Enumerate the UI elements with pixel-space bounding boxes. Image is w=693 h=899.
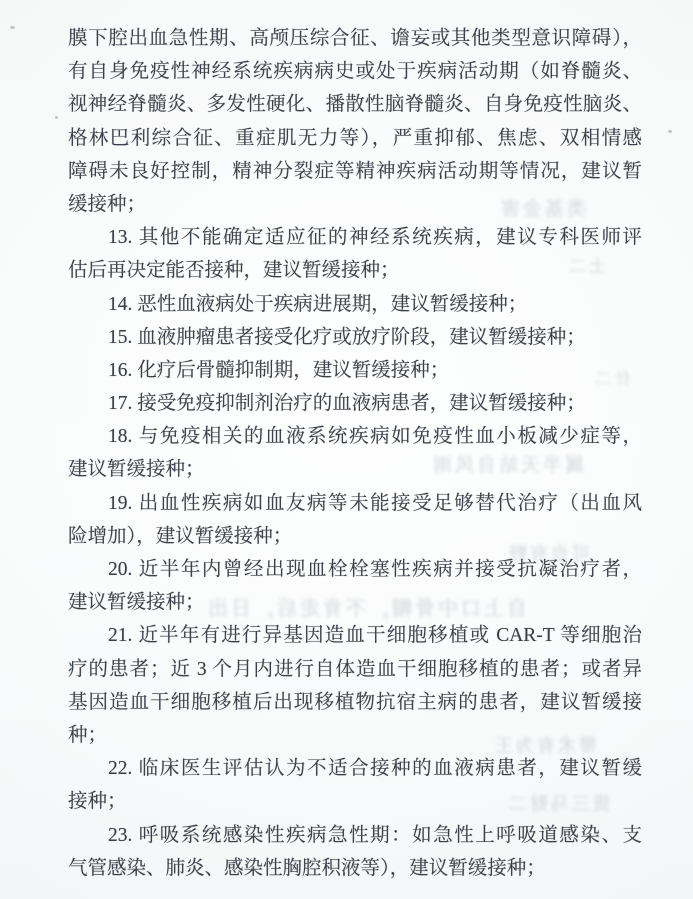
text-line: 基因造血干细胞移植后出现移植物抗宿主病的患者，建议暂缓接 <box>68 686 642 719</box>
text-line: 膜下腔出血急性期、高颅压综合征、谵妄或其他类型意识障碍）， <box>68 22 642 55</box>
text-line: 23. 呼吸系统感染性疾病急性期：如急性上呼吸道感染、支 <box>68 819 642 852</box>
text-line: 障碍未良好控制，精神分裂症等精神疾病活动期等情况，建议暂 <box>68 155 642 188</box>
text-line: 种； <box>68 719 642 752</box>
text-line: 16. 化疗后骨髓抑制期，建议暂缓接种； <box>68 354 642 387</box>
text-line: 22. 临床医生评估认为不适合接种的血液病患者，建议暂缓 <box>68 752 642 785</box>
text-line: 疗的患者；近 3 个月内进行自体造血干细胞移植的患者；或者异 <box>68 653 642 686</box>
text-line: 13. 其他不能确定适应征的神经系统疾病，建议专科医师评 <box>68 221 642 254</box>
text-line: 14. 恶性血液病处于疾病进展期，建议暂缓接种； <box>68 288 642 321</box>
text-line: 估后再决定能否接种，建议暂缓接种； <box>68 254 642 287</box>
text-line: 18. 与免疫相关的血液系统疾病如免疫性血小板减少症等， <box>68 420 642 453</box>
text-line: 险增加），建议暂缓接种； <box>68 520 642 553</box>
text-line: 格林巴利综合征、重症肌无力等），严重抑郁、焦虑、双相情感 <box>68 122 642 155</box>
text-line: 21. 近半年有进行异基因造血干细胞移植或 CAR-T 等细胞治 <box>68 619 642 652</box>
paper-speck <box>668 130 672 133</box>
paper-speck <box>55 116 58 119</box>
scanned-document-page: 类基金害土二什二属半天站自风雨可也有野自上口中骨帽，不肯走后，日出带术有为王货三… <box>0 0 693 899</box>
text-line: 20. 近半年内曾经出现血栓栓塞性疾病并接受抗凝治疗者， <box>68 553 642 586</box>
text-line: 接种； <box>68 785 642 818</box>
text-line: 建议暂缓接种； <box>68 453 642 486</box>
text-line: 17. 接受免疫抑制剂治疗的血液病患者，建议暂缓接种； <box>68 387 642 420</box>
text-line: 19. 出血性疾病如血友病等未能接受足够替代治疗（出血风 <box>68 487 642 520</box>
text-line: 15. 血液肿瘤患者接受化疗或放疗阶段，建议暂缓接种； <box>68 321 642 354</box>
document-text-block: 膜下腔出血急性期、高颅压综合征、谵妄或其他类型意识障碍），有自身免疫性神经系统疾… <box>68 22 642 885</box>
text-line: 气管感染、肺炎、感染性胸腔积液等），建议暂缓接种； <box>68 852 642 885</box>
text-line: 缓接种； <box>68 188 642 221</box>
text-line: 建议暂缓接种； <box>68 586 642 619</box>
text-line: 有自身免疫性神经系统疾病病史或处于疾病活动期（如脊髓炎、 <box>68 55 642 88</box>
paper-speck <box>10 26 15 29</box>
text-line: 视神经脊髓炎、多发性硬化、播散性脑脊髓炎、自身免疫性脑炎、 <box>68 88 642 121</box>
